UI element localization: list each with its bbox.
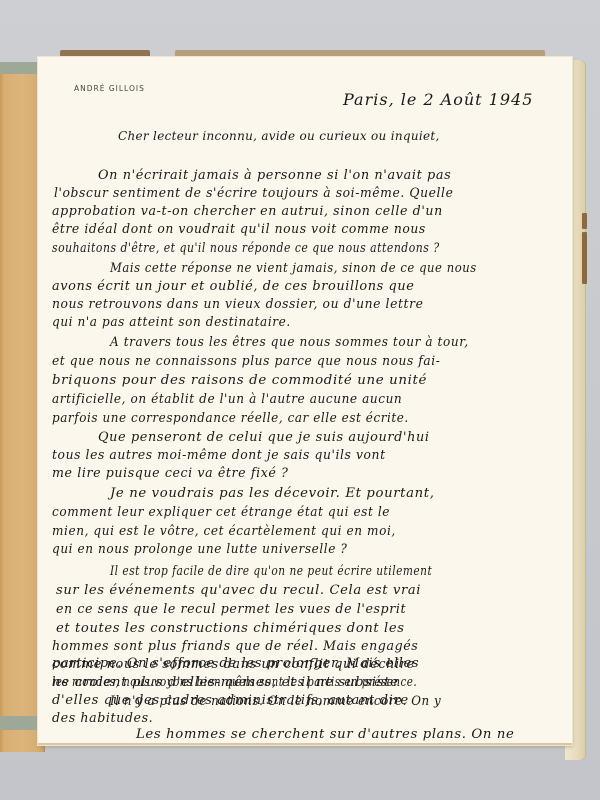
letter-line: Je ne voudrais pas les décevoir. Et pour… <box>110 485 435 500</box>
date-line: Paris, le 2 Août 1945 <box>343 90 533 109</box>
letter-line: On n'écrirait jamais à personne si l'on … <box>98 167 451 182</box>
letter-line: Il est trop facile de dire qu'on ne peut… <box>110 563 432 578</box>
letter-line: en ce sens que le recul permet les vues … <box>56 601 406 616</box>
letter-line: sur les événements qu'avec du recul. Cel… <box>56 582 421 597</box>
letter-line: d'elles que des cadres administratifs, a… <box>52 692 409 707</box>
letter-line: être idéal dont on voudrait qu'il nous v… <box>52 221 426 236</box>
cover-cloth-strip-bottom <box>0 716 40 730</box>
letter-line: nous retrouvons dans un vieux dossier, o… <box>52 296 423 311</box>
letter-line: mien, qui est le vôtre, cet écartèlement… <box>52 523 396 538</box>
letterhead: ANDRÉ GILLOIS <box>74 84 145 93</box>
letter-line: qui n'a pas atteint son destinataire. <box>52 314 291 329</box>
letter-line: Les hommes se cherchent sur d'autres pla… <box>136 726 514 741</box>
letter-line: qui en nous prolonge une lutte universel… <box>52 541 347 556</box>
letter-line: comment leur expliquer cet étrange état … <box>52 504 390 519</box>
salutation: Cher lecteur inconnu, avide ou curieux o… <box>118 129 440 143</box>
letter-line: des habitudes. <box>52 710 153 725</box>
letter-line: briquons pour des raisons de commodité u… <box>52 372 427 387</box>
letter-line: l'obscur sentiment de s'écrire toujours … <box>54 185 453 200</box>
page-tab-fragment <box>582 213 587 229</box>
letter-line: hommes sont plus friands que de réel. Ma… <box>52 638 418 653</box>
letter-line: et que nous ne connaissons plus parce qu… <box>52 353 440 368</box>
letter-line: participe. On s'efforce de les prolonger… <box>52 655 419 670</box>
letter-line: tous les autres moi-même dont je sais qu… <box>52 447 386 462</box>
letter-line: parfois une correspondance réelle, car e… <box>52 410 409 425</box>
letter-line: approbation va-t-on chercher en autrui, … <box>52 203 443 218</box>
letter-line: ne croient plus d'elles-mêmes, et il ne … <box>52 674 399 689</box>
letter-line: Mais cette réponse ne vient jamais, sino… <box>110 260 477 275</box>
cover-cloth-strip-top <box>0 62 40 74</box>
letter-page: ANDRÉ GILLOIS Paris, le 2 Août 1945 Cher… <box>38 57 572 745</box>
letter-line: artificielle, on établit de l'un à l'aut… <box>52 391 402 406</box>
letter-line: avons écrit un jour et oublié, de ces br… <box>52 278 414 293</box>
letter-line: A travers tous les êtres que nous sommes… <box>110 334 469 349</box>
letter-line: et toutes les constructions chimériques … <box>56 620 405 635</box>
letter-line: me lire puisque ceci va être fixé ? <box>52 465 288 480</box>
photo-scene: ANDRÉ GILLOIS Paris, le 2 Août 1945 Cher… <box>0 0 600 800</box>
page-tab-fragment <box>582 232 587 284</box>
letter-line: Que penseront de celui que je suis aujou… <box>98 429 430 444</box>
letter-line: souhaitons d'être, et qu'il nous réponde… <box>52 240 440 255</box>
